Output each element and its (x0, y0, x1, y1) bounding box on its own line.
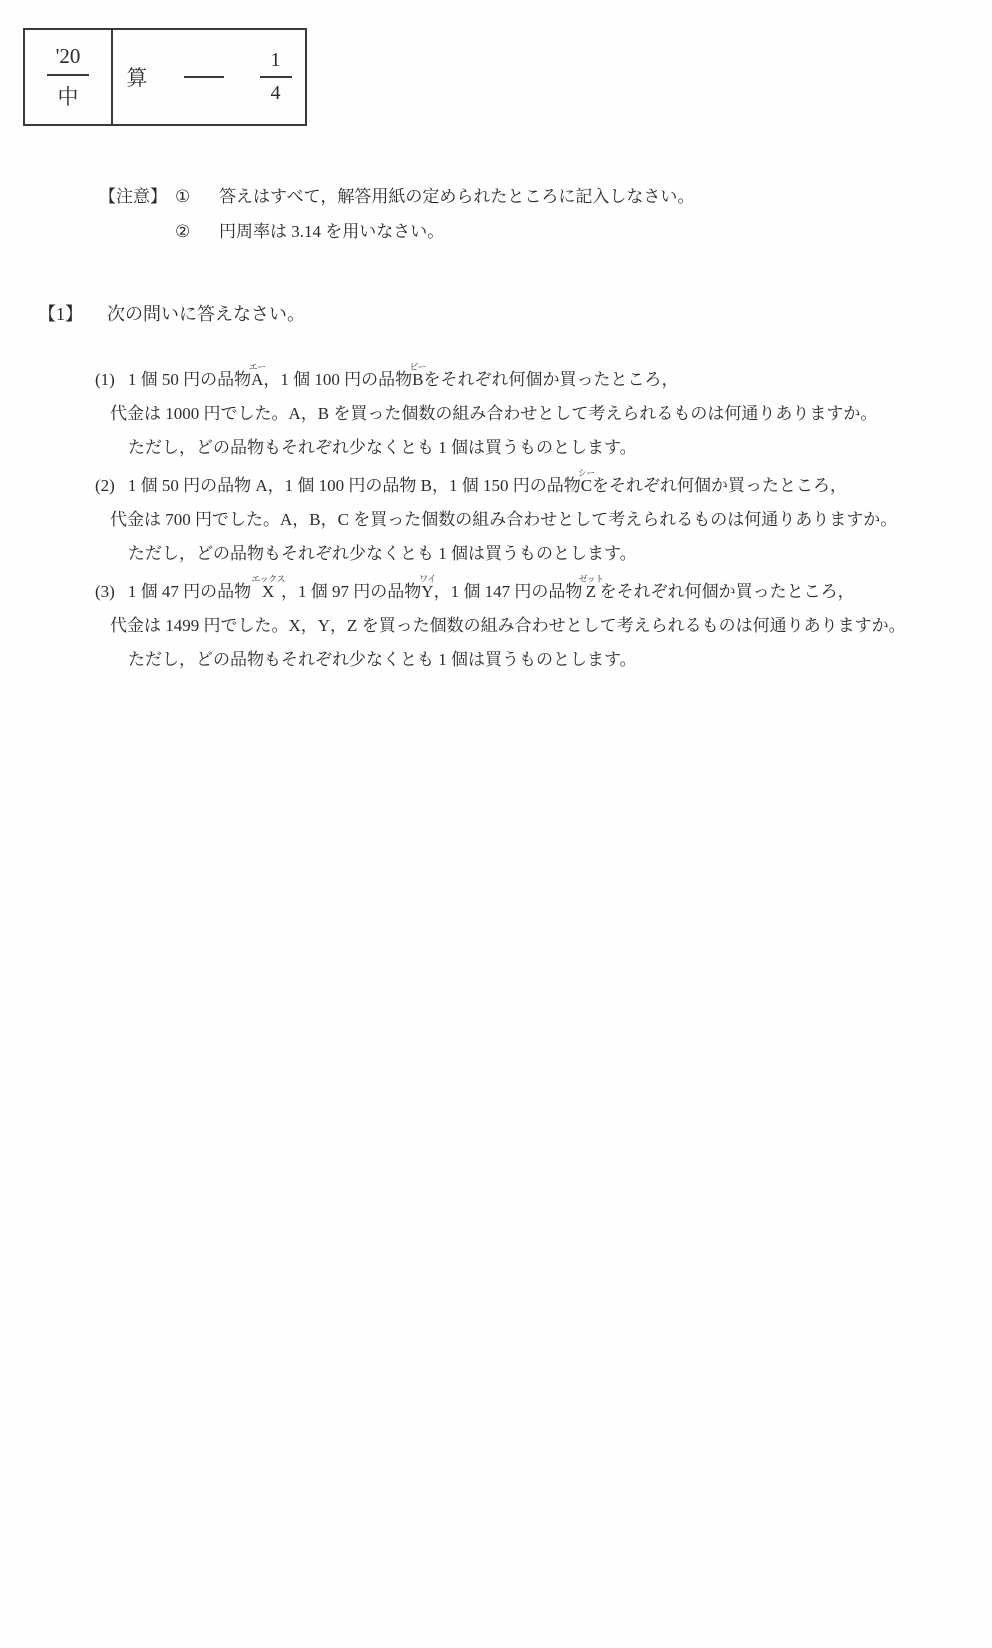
dash-separator (184, 76, 224, 78)
problem-1: (1)1 個 50 円の品物Aエー，1 個 100 円の品物Bビーをそれぞれ何個… (95, 362, 967, 465)
exam-id-cell: '20 中 (25, 30, 113, 124)
notice-block: 【注意】 ① 答えはすべて，解答用紙の定められたところに記入しなさい。 ② 円周… (99, 184, 694, 245)
notice-item-text: 答えはすべて，解答用紙の定められたところに記入しなさい。 (219, 184, 694, 210)
problem-text: 1 個 50 円の品物 A，1 個 100 円の品物 B，1 個 150 円の品… (128, 476, 847, 495)
problem-condition: ただし，どの品物もそれぞれ少なくとも 1 個は買うものとします。 (95, 643, 967, 677)
problem-condition: ただし，どの品物もそれぞれ少なくとも 1 個は買うものとします。 (95, 431, 967, 465)
problem-line: (2)1 個 50 円の品物 A，1 個 100 円の品物 B，1 個 150 … (95, 468, 967, 503)
problem-number: (3) (95, 582, 115, 601)
item-letter-with-furigana: Cシー (581, 476, 592, 495)
problem-line: (3)1 個 47 円の品物 Xエックス，1 個 97 円の品物Yワイ，1 個 … (95, 574, 967, 609)
subject-page-cell: 算 1 4 (113, 30, 305, 124)
problem-line: 代金は 700 円でした。A，B，C を買った個数の組み合わせとして考えられるも… (95, 503, 967, 537)
notice-label: 【注意】 (99, 184, 175, 210)
problem-2: (2)1 個 50 円の品物 A，1 個 100 円の品物 B，1 個 150 … (95, 468, 967, 571)
section-heading: 【1】次の問いに答えなさい。 (38, 300, 305, 326)
exam-page: '20 中 算 1 4 【注意】 ① 答えはすべて，解答用紙の定められたところに… (0, 0, 992, 1648)
problem-line: 代金は 1499 円でした。X，Y，Z を買った個数の組み合わせとして考えられる… (95, 609, 967, 643)
notice-item-number: ① (175, 184, 219, 210)
item-letter-with-furigana: Bビー (412, 370, 423, 389)
notice-item-text: 円周率は 3.14 を用いなさい。 (219, 219, 694, 245)
problem-list: (1)1 個 50 円の品物Aエー，1 個 100 円の品物Bビーをそれぞれ何個… (95, 362, 967, 677)
exam-header-box: '20 中 算 1 4 (23, 28, 307, 126)
page-total: 4 (271, 82, 281, 105)
item-letter-with-furigana: Zゼット (582, 582, 599, 601)
page-fraction: 1 4 (260, 49, 292, 105)
section-number: 【1】 (38, 304, 83, 324)
exam-year: '20 (56, 44, 81, 69)
item-letter-with-furigana: Yワイ (421, 582, 433, 601)
problem-number: (1) (95, 370, 115, 389)
page-number: 1 (271, 49, 281, 72)
problem-3: (3)1 個 47 円の品物 Xエックス，1 個 97 円の品物Yワイ，1 個 … (95, 574, 967, 677)
problem-text: 1 個 47 円の品物 Xエックス，1 個 97 円の品物Yワイ，1 個 147… (128, 582, 855, 601)
problem-condition: ただし，どの品物もそれぞれ少なくとも 1 個は買うものとします。 (95, 537, 967, 571)
problem-text: 1 個 50 円の品物Aエー，1 個 100 円の品物Bビーをそれぞれ何個か買っ… (128, 370, 679, 389)
problem-line: 代金は 1000 円でした。A，B を買った個数の組み合わせとして考えられるもの… (95, 397, 967, 431)
notice-item-number: ② (175, 219, 219, 245)
problem-number: (2) (95, 476, 115, 495)
item-letter-with-furigana: Aエー (251, 370, 263, 389)
fraction-bar (260, 76, 292, 78)
problem-line: (1)1 個 50 円の品物Aエー，1 個 100 円の品物Bビーをそれぞれ何個… (95, 362, 967, 397)
item-letter-with-furigana: Xエックス (255, 582, 281, 601)
notice-label-spacer (99, 219, 175, 245)
exam-grade: 中 (58, 81, 79, 111)
fraction-bar (47, 74, 89, 76)
section-text: 次の問いに答えなさい。 (107, 304, 305, 324)
subject-label: 算 (127, 62, 148, 92)
